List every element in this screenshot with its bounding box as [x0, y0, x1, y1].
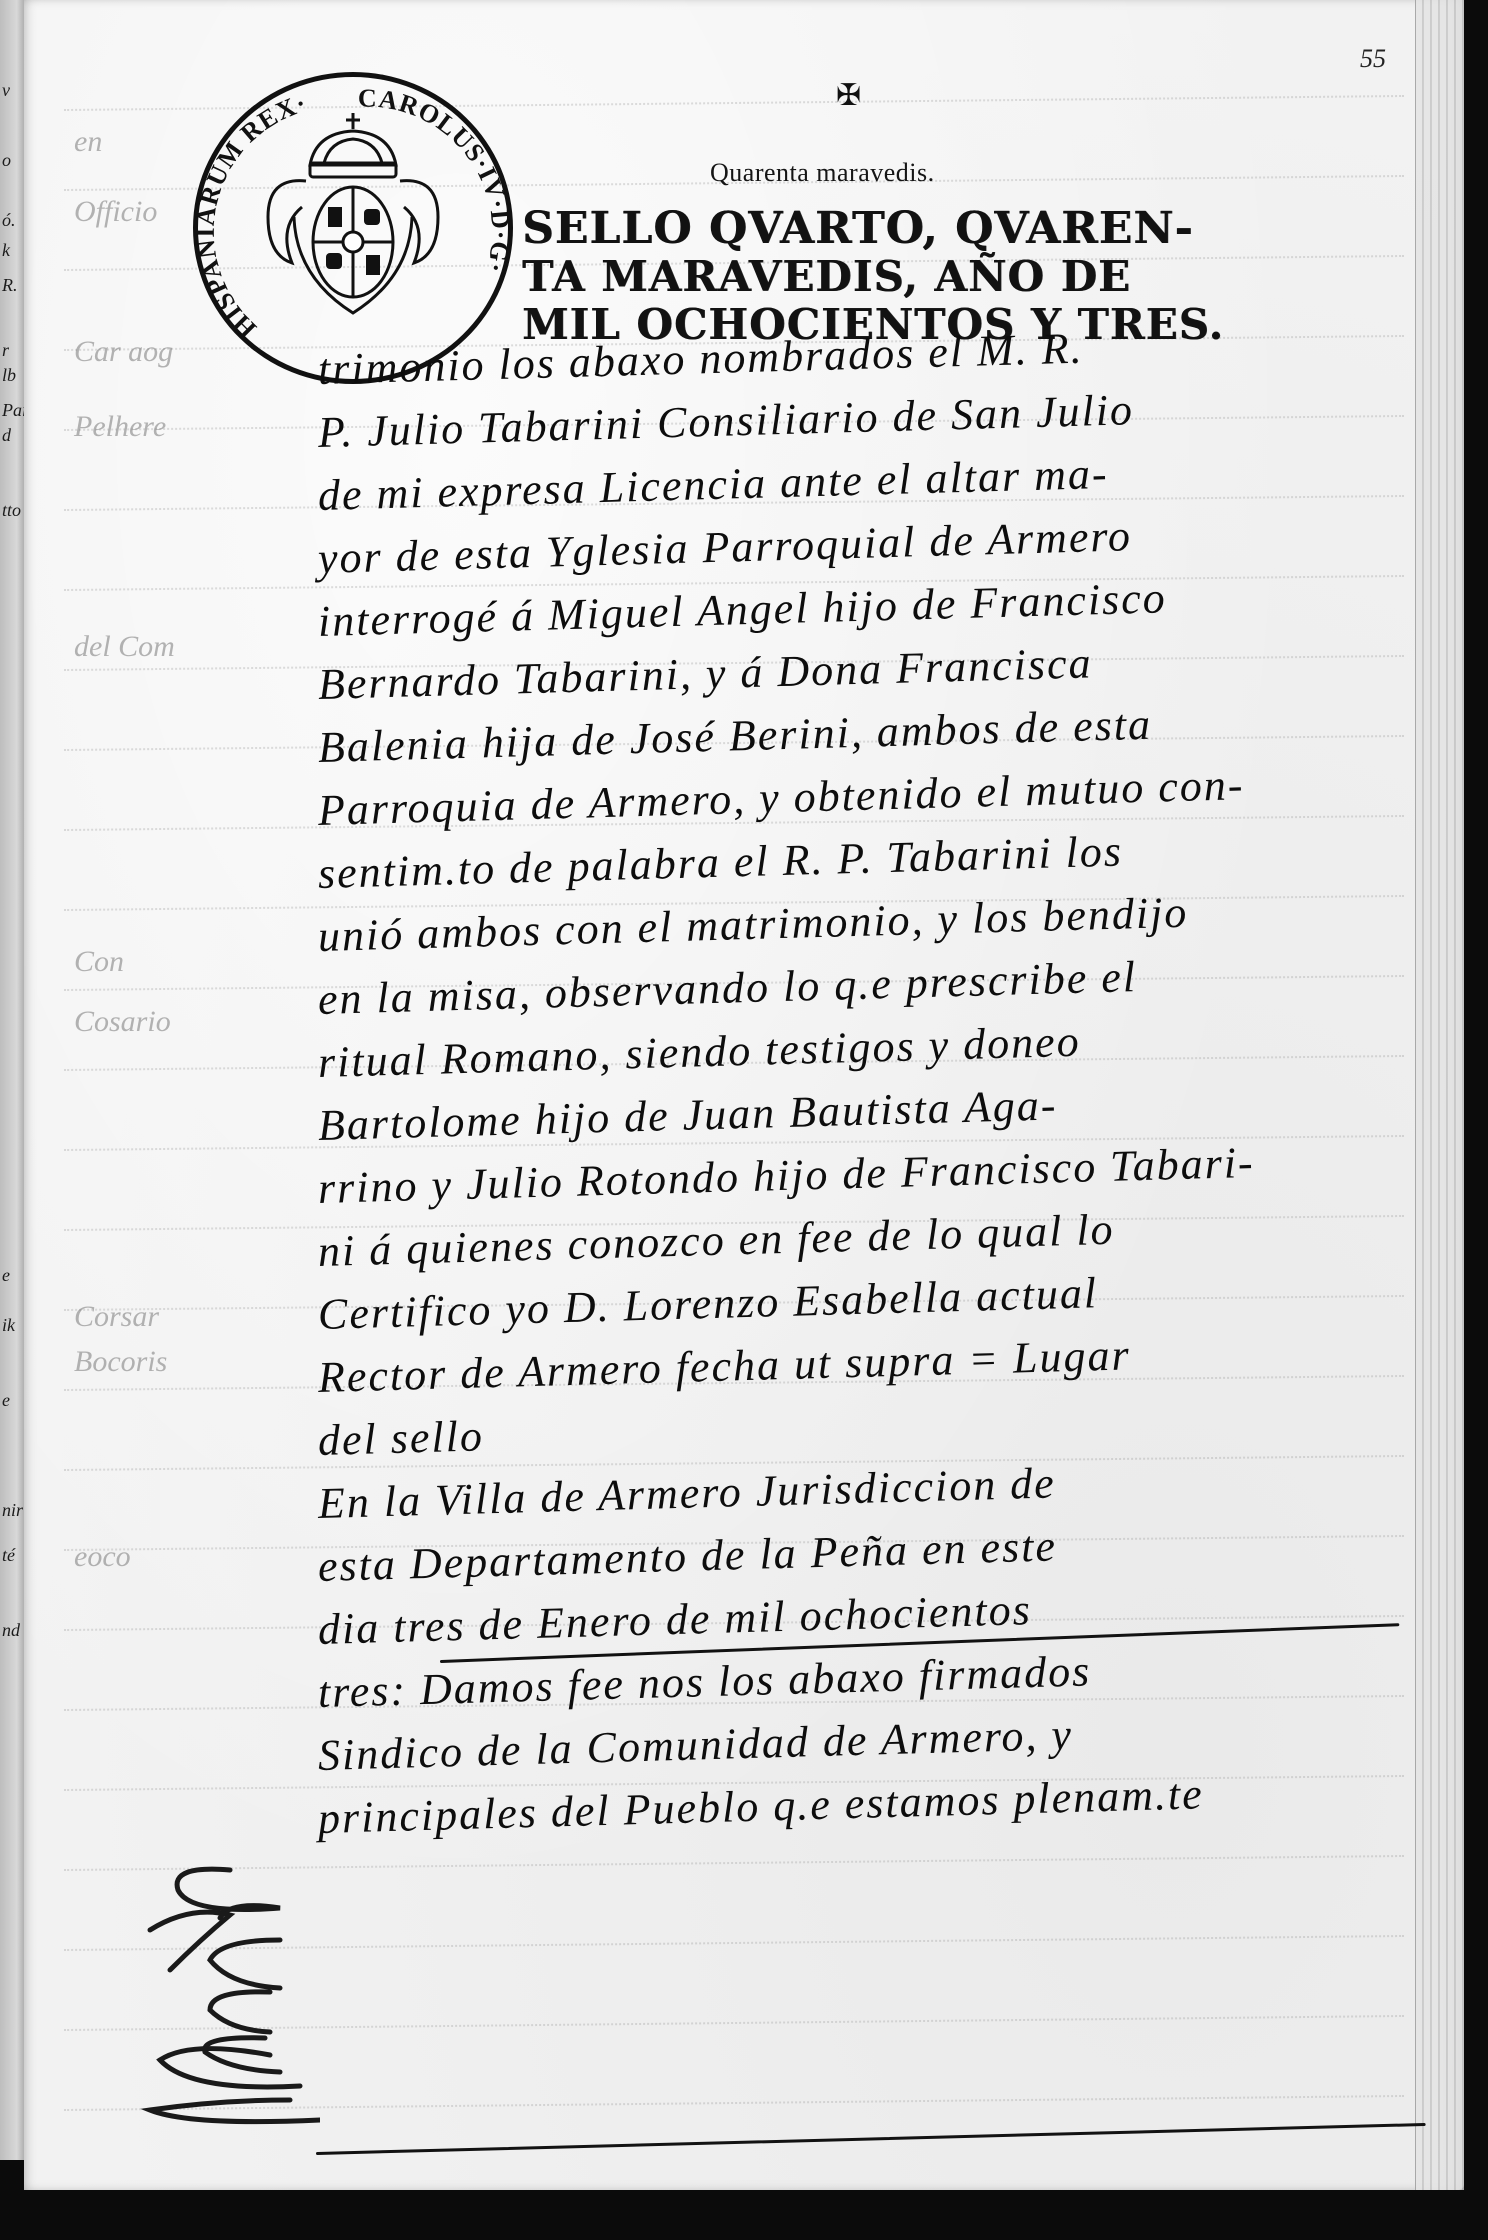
- leaf-fragment: nir: [2, 1500, 23, 1521]
- leaf-fragment: ó.: [2, 210, 16, 231]
- manuscript-body: trimonio los abaxo nombrados el M. R. P.…: [318, 338, 1408, 1850]
- margin-ghost-note: en: [74, 125, 102, 159]
- leaf-fragment: nd: [2, 1620, 20, 1641]
- margin-ghost-note: Car aog: [74, 335, 173, 369]
- leaf-fragment: k: [2, 240, 10, 261]
- leaf-fragment: o: [2, 150, 11, 171]
- margin-ghost-note: Bocoris: [74, 1345, 167, 1379]
- leaf-fragment: lb: [2, 365, 16, 386]
- leaf-fragment: v: [2, 80, 10, 101]
- margin-ghost-note: del Com: [74, 630, 175, 664]
- margin-ghost-note: eoco: [74, 1540, 131, 1574]
- margin-ghost-note: Officio: [74, 195, 157, 229]
- leaf-fragment: e: [2, 1390, 10, 1411]
- leaf-fragment: ik: [2, 1315, 15, 1336]
- margin-ghost-note: Cosario: [74, 1005, 171, 1039]
- margin-ghost-note: Con: [74, 945, 124, 979]
- stamp-header-line: SELLO QVARTO, QVAREN-: [522, 205, 1242, 253]
- folio-number: 55: [1360, 44, 1386, 74]
- stamp-denomination: Quarenta maravedis.: [710, 158, 935, 188]
- signature-flourish-icon: [80, 1860, 320, 2160]
- stacked-page-edges: [1415, 0, 1464, 2190]
- margin-ghost-note: Pelhere: [74, 410, 166, 444]
- leaf-fragment: r: [2, 340, 9, 361]
- leaf-fragment: e: [2, 1265, 10, 1286]
- margin-ghost-note: Corsar: [74, 1300, 159, 1334]
- cross-icon: ✠: [836, 78, 861, 113]
- leaf-fragment: d: [2, 425, 11, 446]
- leaf-fragment: R.: [2, 275, 18, 296]
- leaf-fragment: té: [2, 1545, 15, 1566]
- leaf-fragment: tto: [2, 500, 21, 521]
- stamp-header-line: TA MARAVEDIS, AÑO DE: [522, 253, 1242, 301]
